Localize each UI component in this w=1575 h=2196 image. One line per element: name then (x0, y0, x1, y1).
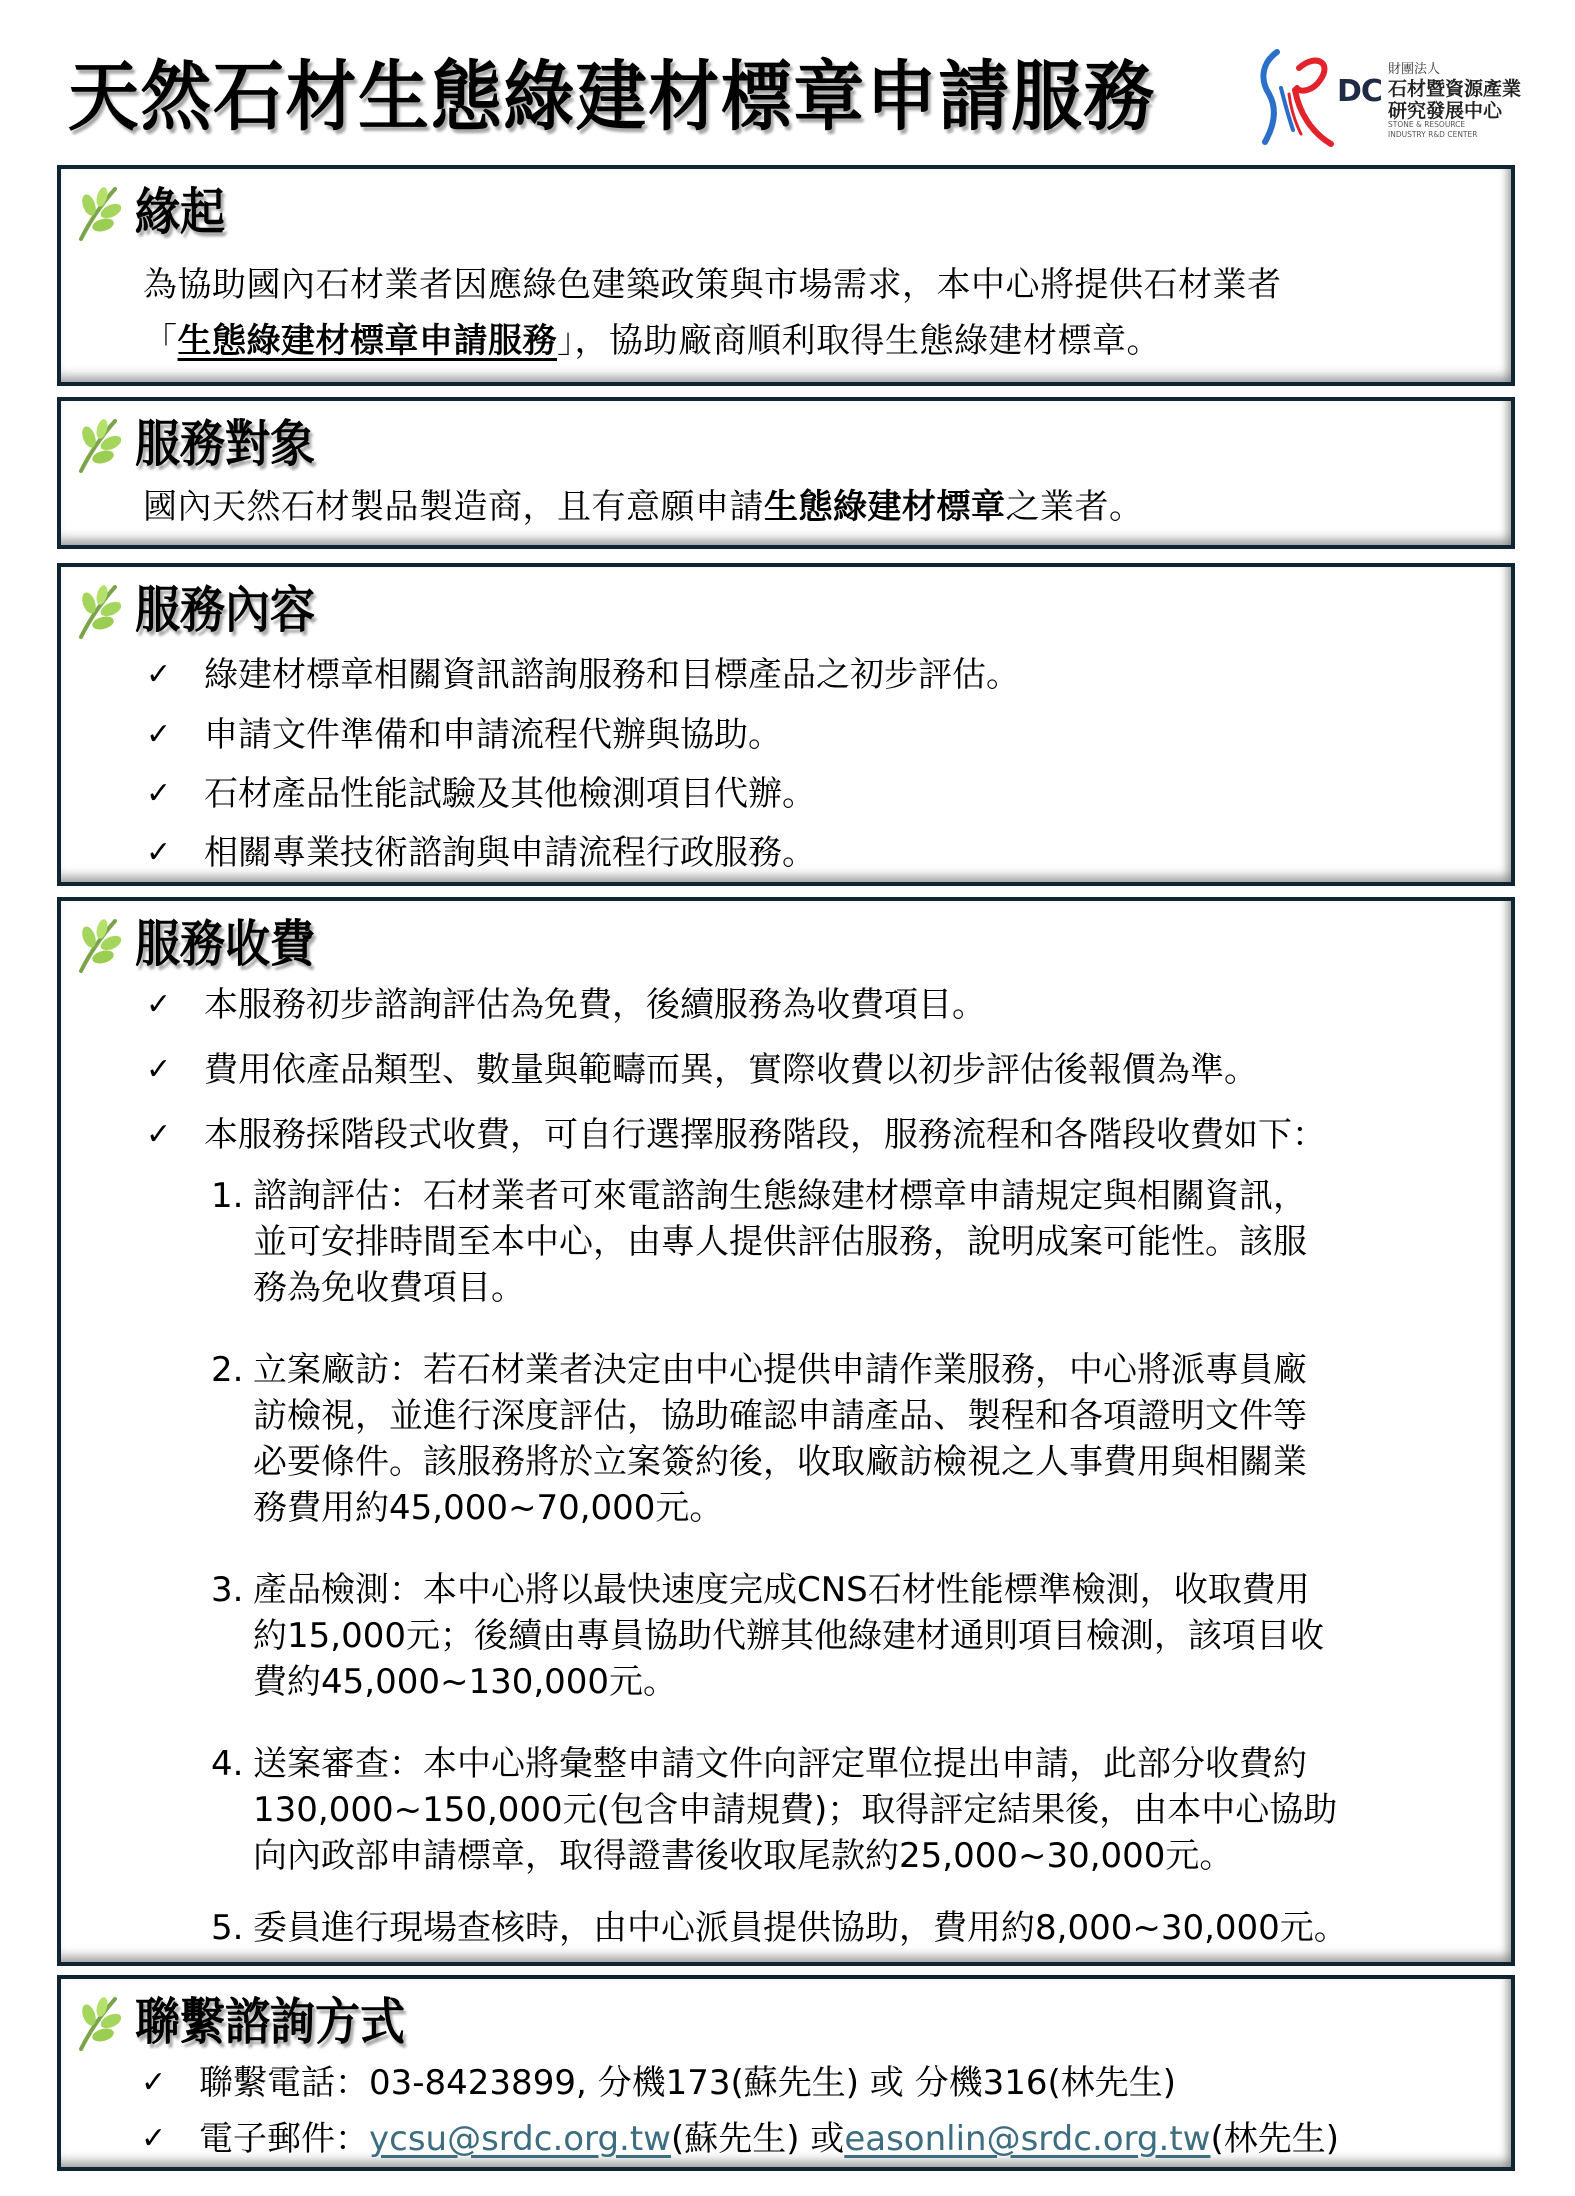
section-title: 緣起 (135, 182, 225, 242)
leaf-icon (75, 415, 121, 473)
logo-en-line2: INDUSTRY R&D CENTER (1388, 130, 1477, 139)
step-line: 費約45,000~130,000元。 (253, 1659, 1324, 1705)
section-target: 服務對象 國內天然石材製品製造商，且有意願申請生態綠建材標章之業者。 (57, 397, 1515, 549)
section-origin: 緣起 為協助國內石材業者因應綠色建築政策與市場需求，本中心將提供石材業者 「生態… (57, 165, 1515, 386)
section-title: 服務收費 (135, 914, 315, 974)
step-number: 5. (211, 1905, 253, 1951)
section-header: 聯繫諮詢方式 (75, 1987, 435, 2057)
list-item-text: 費用依產品類型、數量與範疇而異，實際收費以初步評估後報價為準。 (204, 1046, 1258, 1094)
section-contact: 聯繫諮詢方式 ✓ 聯繫電話：03-8423899, 分機173(蘇先生) 或 分… (57, 1975, 1515, 2171)
list-item-text: 相關專業技術諮詢與申請流程行政服務。 (204, 829, 816, 877)
contact-phone: ✓ 聯繫電話：03-8423899, 分機173(蘇先生) 或 分機316(林先… (141, 2059, 1176, 2107)
email-label: 電子郵件： (199, 2115, 369, 2163)
section-header: 緣起 (75, 177, 235, 247)
origin-line1: 為協助國內石材業者因應綠色建築政策與市場需求，本中心將提供石材業者 (143, 257, 1282, 313)
step-line: 約15,000元；後續由專員協助代辦其他綠建材通則項目檢測，該項目收 (253, 1613, 1324, 1659)
section-header: 服務內容 (75, 575, 335, 645)
service-name-highlight: 生態綠建材標章申請服務 (178, 321, 558, 361)
step-line: 務為免收費項目。 (253, 1265, 1307, 1311)
step-line: 送案審查：本中心將彙整申請文件向評定單位提出申請，此部分收費約 (253, 1741, 1337, 1787)
list-item-text: 申請文件準備和申請流程代辦與協助。 (204, 711, 782, 759)
check-icon: ✓ (146, 711, 204, 759)
fee-step-2: 2. 立案廠訪：若石材業者決定由中心提供申請作業服務，中心將派專員廠 訪檢視，並… (211, 1347, 1307, 1531)
section-content: 服務內容 ✓ 綠建材標章相關資訊諮詢服務和目標產品之初步評估。 ✓ 申請文件準備… (57, 563, 1515, 886)
step-number: 2. (211, 1347, 253, 1531)
list-item: ✓ 石材產品性能試驗及其他檢測項目代辦。 (146, 770, 816, 818)
email-owner-su: (蘇先生) 或 (671, 2115, 844, 2163)
origin-line2-rest: 」，協助廠商順利取得生態綠建材標章。 (557, 321, 1161, 361)
section-title: 聯繫諮詢方式 (135, 1992, 405, 2052)
section-title: 服務對象 (135, 414, 315, 474)
check-icon: ✓ (141, 2115, 199, 2163)
page-title: 天然石材生態綠建材標章申請服務 (68, 52, 1156, 142)
origin-line2: 「生態綠建材標章申請服務」，協助廠商順利取得生態綠建材標章。 (143, 313, 1282, 369)
step-line: 並可安排時間至本中心，由專人提供評估服務，說明成案可能性。該服 (253, 1219, 1307, 1265)
fee-step-3: 3. 產品檢測：本中心將以最快速度完成CNS石材性能標準檢測，收取費用 約15,… (211, 1567, 1324, 1705)
section-title: 服務內容 (135, 580, 315, 640)
step-line: 訪檢視，並進行深度評估，協助確認申請產品、製程和各項證明文件等 (253, 1393, 1307, 1439)
quote-open: 「 (143, 321, 178, 361)
contact-email: ✓ 電子郵件：ycsu@srdc.org.tw(蘇先生) 或 easonlin@… (141, 2115, 1339, 2163)
step-line: 必要條件。該服務將於立案簽約後，收取廠訪檢視之人事費用與相關業 (253, 1439, 1307, 1485)
list-item: ✓ 申請文件準備和申請流程代辦與協助。 (146, 711, 782, 759)
list-item-text: 綠建材標章相關資訊諮詢服務和目標產品之初步評估。 (204, 651, 1020, 699)
origin-text: 為協助國內石材業者因應綠色建築政策與市場需求，本中心將提供石材業者 「生態綠建材… (143, 257, 1282, 369)
check-icon: ✓ (141, 2059, 199, 2107)
check-icon: ✓ (146, 651, 204, 699)
list-item-text: 本服務採階段式收費，可自行選擇服務階段，服務流程和各階段收費如下： (204, 1111, 1326, 1159)
step-line: 委員進行現場查核時，由中心派員提供協助，費用約8,000~30,000元。 (253, 1905, 1348, 1951)
logo-dc: DC (1337, 74, 1382, 109)
logo-en-line1: STONE & RESOURCE (1388, 120, 1465, 129)
section-header: 服務收費 (75, 909, 335, 979)
target-text-bold: 生態綠建材標章 (764, 487, 1006, 527)
list-item: ✓ 本服務採階段式收費，可自行選擇服務階段，服務流程和各階段收費如下： (146, 1111, 1326, 1159)
list-item: ✓ 綠建材標章相關資訊諮詢服務和目標產品之初步評估。 (146, 651, 1020, 699)
step-line: 立案廠訪：若石材業者決定由中心提供申請作業服務，中心將派專員廠 (253, 1347, 1307, 1393)
phone-text: 聯繫電話：03-8423899, 分機173(蘇先生) 或 分機316(林先生) (199, 2059, 1176, 2107)
check-icon: ✓ (146, 829, 204, 877)
list-item: ✓ 本服務初步諮詢評估為免費，後續服務為收費項目。 (146, 981, 986, 1029)
step-line: 向內政部申請標章，取得證書後收取尾款約25,000~30,000元。 (253, 1833, 1337, 1879)
list-item: ✓ 費用依產品類型、數量與範疇而異，實際收費以初步評估後報價為準。 (146, 1046, 1258, 1094)
step-line: 務費用約45,000~70,000元。 (253, 1485, 1307, 1531)
list-item-text: 石材產品性能試驗及其他檢測項目代辦。 (204, 770, 816, 818)
list-item: ✓ 相關專業技術諮詢與申請流程行政服務。 (146, 829, 816, 877)
leaf-icon (75, 183, 121, 241)
email-owner-lin: (林先生) (1210, 2115, 1339, 2163)
leaf-icon (75, 1993, 121, 2051)
list-item-text: 本服務初步諮詢評估為免費，後續服務為收費項目。 (204, 981, 986, 1029)
check-icon: ✓ (146, 1111, 204, 1159)
sr-logo-mark-icon (1255, 48, 1339, 148)
target-text-before: 國內天然石材製品製造商，且有意願申請 (143, 487, 764, 527)
section-header: 服務對象 (75, 409, 335, 479)
check-icon: ✓ (146, 770, 204, 818)
logo-org-line2: 研究發展中心 (1388, 96, 1502, 123)
fee-step-4: 4. 送案審查：本中心將彙整申請文件向評定單位提出申請，此部分收費約 130,0… (211, 1741, 1337, 1879)
leaf-icon (75, 581, 121, 639)
check-icon: ✓ (146, 1046, 204, 1094)
section-fees: 服務收費 ✓ 本服務初步諮詢評估為免費，後續服務為收費項目。 ✓ 費用依產品類型… (57, 897, 1515, 1966)
target-text-after: 之業者。 (1006, 487, 1144, 527)
fee-step-5: 5. 委員進行現場查核時，由中心派員提供協助，費用約8,000~30,000元。 (211, 1905, 1348, 1951)
step-number: 1. (211, 1173, 253, 1311)
email-link-lin[interactable]: easonlin@srdc.org.tw (844, 2115, 1210, 2163)
leaf-icon (75, 915, 121, 973)
srdc-logo: DC 財團法人 石材暨資源產業 研究發展中心 STONE & RESOURCE … (1255, 48, 1545, 148)
step-number: 4. (211, 1741, 253, 1879)
step-number: 3. (211, 1567, 253, 1705)
target-text: 國內天然石材製品製造商，且有意願申請生態綠建材標章之業者。 (143, 479, 1144, 535)
step-line: 諮詢評估：石材業者可來電諮詢生態綠建材標章申請規定與相關資訊， (253, 1173, 1307, 1219)
step-line: 130,000~150,000元(包含申請規費)；取得評定結果後，由本中心協助 (253, 1787, 1337, 1833)
email-link-su[interactable]: ycsu@srdc.org.tw (369, 2115, 671, 2163)
fee-step-1: 1. 諮詢評估：石材業者可來電諮詢生態綠建材標章申請規定與相關資訊， 並可安排時… (211, 1173, 1307, 1311)
check-icon: ✓ (146, 981, 204, 1029)
step-line: 產品檢測：本中心將以最快速度完成CNS石材性能標準檢測，收取費用 (253, 1567, 1324, 1613)
